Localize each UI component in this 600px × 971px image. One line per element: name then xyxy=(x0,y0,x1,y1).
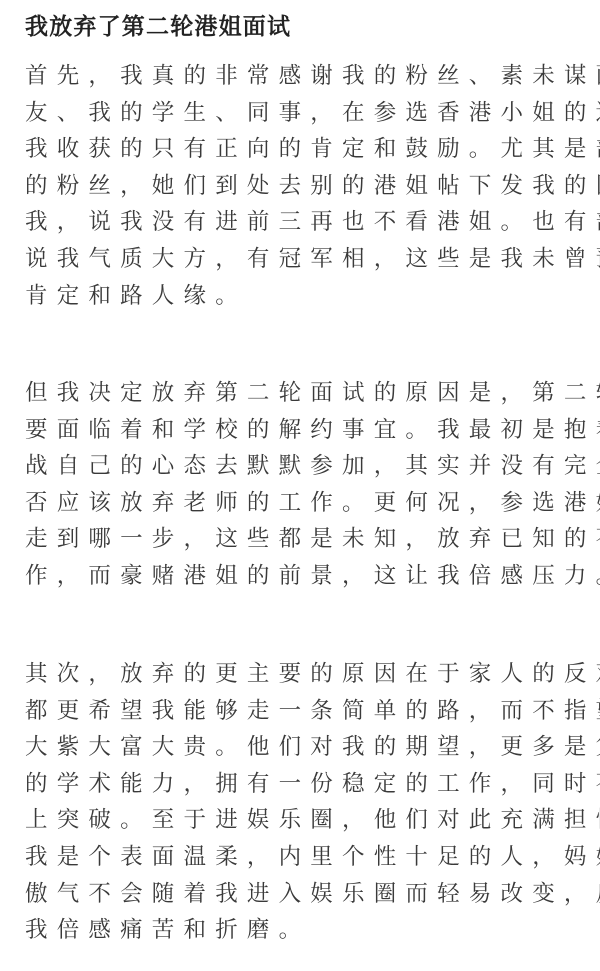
text-line: 傲气不会随着我进入娱乐圈而轻易改变，反而会让 xyxy=(25,876,585,913)
text-line: 大紫大富大贵。他们对我的期望，更多是凭借自己 xyxy=(25,729,585,766)
text-line: 我是个表面温柔，内里个性十足的人，妈妈说这种 xyxy=(25,839,585,876)
text-line: 的粉丝，她们到处去别的港姐帖下发我的图片支持 xyxy=(25,168,585,205)
paragraph-3: 其次，放弃的更主要的原因在于家人的反对。父母 都更希望我能够走一条简单的路，而不… xyxy=(25,656,585,949)
text-line: 说我气质大方，有冠军相，这些是我未曾预料到的 xyxy=(25,241,585,278)
text-line: 否应该放弃老师的工作。更何况，参选港姐到底能 xyxy=(25,485,585,522)
text-line: 作，而豪赌港姐的前景，这让我倍感压力。 xyxy=(25,558,585,595)
text-line: 的学术能力，拥有一份稳定的工作，同时不放弃向 xyxy=(25,766,585,803)
text-line: 其次，放弃的更主要的原因在于家人的反对。父母 xyxy=(25,656,585,693)
text-line: 但我决定放弃第二轮面试的原因是，第二轮面试就 xyxy=(25,375,585,412)
paragraph-1: 首先，我真的非常感谢我的粉丝、素未谋面的网 友、我的学生、同事，在参选香港小姐的… xyxy=(25,58,585,314)
text-line: 上突破。至于进娱乐圈，他们对此充满担忧。因为 xyxy=(25,802,585,839)
text-line: 我倍感痛苦和折磨。 xyxy=(25,912,585,949)
text-line: 走到哪一步，这些都是未知，放弃已知的不错工 xyxy=(25,521,585,558)
text-line: 我收获的只有正向的肯定和鼓励。尤其是部分可爱 xyxy=(25,131,585,168)
paragraph-2: 但我决定放弃第二轮面试的原因是，第二轮面试就 要面临着和学校的解约事宜。我最初是… xyxy=(25,375,585,595)
text-line: 首先，我真的非常感谢我的粉丝、素未谋面的网 xyxy=(25,58,585,95)
text-line: 友、我的学生、同事，在参选香港小姐的过程中， xyxy=(25,95,585,132)
text-line: 要面临着和学校的解约事宜。我最初是抱着一种挑 xyxy=(25,412,585,449)
article-title: 我放弃了第二轮港姐面试 xyxy=(25,10,291,44)
text-line: 都更希望我能够走一条简单的路，而不指望我大红 xyxy=(25,693,585,730)
text-line: 肯定和路人缘。 xyxy=(25,278,585,315)
text-line: 我，说我没有进前三再也不看港姐。也有部分网友 xyxy=(25,204,585,241)
text-line: 战自己的心态去默默参加，其实并没有完全想好是 xyxy=(25,448,585,485)
